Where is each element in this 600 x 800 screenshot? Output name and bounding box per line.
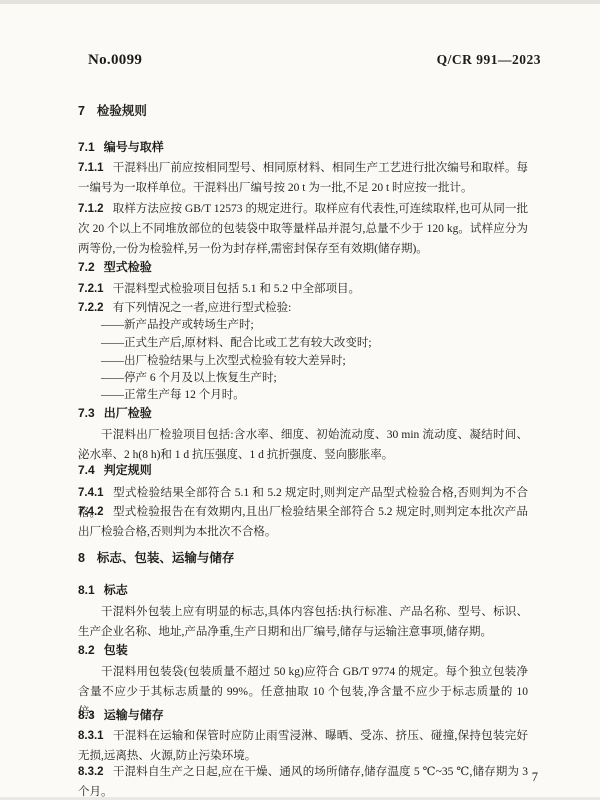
clause-7-1-1: 7.1.1干混料出厂前应按相同型号、相同原材料、相同生产工艺进行批次编号和取样。… [78,158,528,198]
chapter-title: 检验规则 [97,104,147,118]
page-number: 7 [532,770,538,785]
section-7-1-heading: 7.1编号与取样 [78,138,528,155]
clause-number: 7.4.2 [78,506,104,518]
clause-number: 7.2.1 [78,283,104,295]
page-header: No.0099 Q/CR 991—2023 [88,52,541,72]
clause-7-4-2: 7.4.2型式检验报告在有效期内,且出厂检验结果全部符合 5.2 规定时,则判定… [78,502,528,542]
clause-text: 干混料在运输和保管时应防止雨雪浸淋、曝晒、受冻、挤压、碰撞,保持包装完好无损,远… [78,730,528,762]
chapter-title: 标志、包装、运输与储存 [97,551,235,565]
section-number: 7.3 [78,406,95,420]
section-title: 型式检验 [104,260,152,274]
clause-8-3-1: 8.3.1干混料在运输和保管时应防止雨雪浸淋、曝晒、受冻、挤压、碰撞,保持包装完… [78,726,528,766]
clause-number: 8.3.1 [78,730,104,742]
section-title: 判定规则 [104,463,152,477]
chapter-8-heading: 8标志、包装、运输与储存 [78,548,528,566]
section-number: 8.2 [78,643,95,657]
list-item: ——出厂检验结果与上次型式检验有较大差异时; [78,352,528,370]
clause-text: 有下列情况之一者,应进行型式检验: [113,302,292,314]
clause-number: 7.1.2 [78,203,104,215]
scan-edge-top [0,0,600,4]
clause-text: 取样方法应按 GB/T 12573 的规定进行。取样应有代表性,可连续取样,也可… [78,203,528,255]
clause-number: 8.3.2 [78,766,104,778]
section-number: 8.3 [78,708,95,722]
clause-text: 干混料自生产之日起,应在干燥、通风的场所储存,储存温度 5 ℃~35 ℃,储存期… [78,766,528,798]
section-title: 包装 [104,643,128,657]
document-page: No.0099 Q/CR 991—2023 7检验规则 7.1编号与取样 7.1… [0,0,600,800]
section-8-2-heading: 8.2包装 [78,641,528,658]
chapter-number: 8 [78,551,85,565]
list-item: ——新产品投产或转场生产时; [78,316,528,334]
chapter-number: 7 [78,104,85,118]
section-number: 7.4 [78,463,95,477]
clause-7-1-2: 7.1.2取样方法应按 GB/T 12573 的规定进行。取样应有代表性,可连续… [78,199,528,259]
clause-number: 7.4.1 [78,487,104,499]
list-item: ——正式生产后,原材料、配合比或工艺有较大改变时; [78,334,528,352]
paragraph-7-3: 干混料出厂检验项目包括:含水率、细度、初始流动度、30 min 流动度、凝结时间… [78,425,528,465]
section-7-3-heading: 7.3出厂检验 [78,404,528,421]
paragraph-8-1: 干混料外包装上应有明显的标志,具体内容包括:执行标准、产品名称、型号、标识、生产… [78,602,528,642]
section-number: 8.1 [78,583,95,597]
section-7-2-heading: 7.2型式检验 [78,258,528,275]
section-8-1-heading: 8.1标志 [78,581,528,598]
document-number: No.0099 [88,52,142,69]
section-title: 编号与取样 [104,140,164,154]
list-item: ——停产 6 个月及以上恢复生产时; [78,369,528,387]
clause-text: 干混料出厂前应按相同型号、相同原材料、相同生产工艺进行批次编号和取样。每一编号为… [78,162,528,194]
chapter-7-heading: 7检验规则 [78,101,528,119]
clause-text: 型式检验报告在有效期内,且出厂检验结果全部符合 5.2 规定时,则判定本批次产品… [78,506,528,538]
section-number: 7.1 [78,140,95,154]
section-number: 7.2 [78,260,95,274]
section-8-3-heading: 8.3运输与储存 [78,706,528,723]
standard-number: Q/CR 991—2023 [437,52,541,68]
clause-text: 干混料型式检验项目包括 5.1 和 5.2 中全部项目。 [113,283,360,295]
section-7-4-heading: 7.4判定规则 [78,461,528,478]
clause-8-3-2: 8.3.2干混料自生产之日起,应在干燥、通风的场所储存,储存温度 5 ℃~35 … [78,762,528,800]
clause-number: 7.2.2 [78,302,104,314]
list-item: ——正常生产每 12 个月时。 [78,386,528,404]
section-title: 标志 [104,583,128,597]
section-title: 运输与储存 [104,708,164,722]
clause-7-2-2: 7.2.2有下列情况之一者,应进行型式检验: [78,298,528,318]
section-title: 出厂检验 [104,406,152,420]
clause-7-2-1: 7.2.1干混料型式检验项目包括 5.1 和 5.2 中全部项目。 [78,279,528,299]
clause-number: 7.1.1 [78,162,104,174]
